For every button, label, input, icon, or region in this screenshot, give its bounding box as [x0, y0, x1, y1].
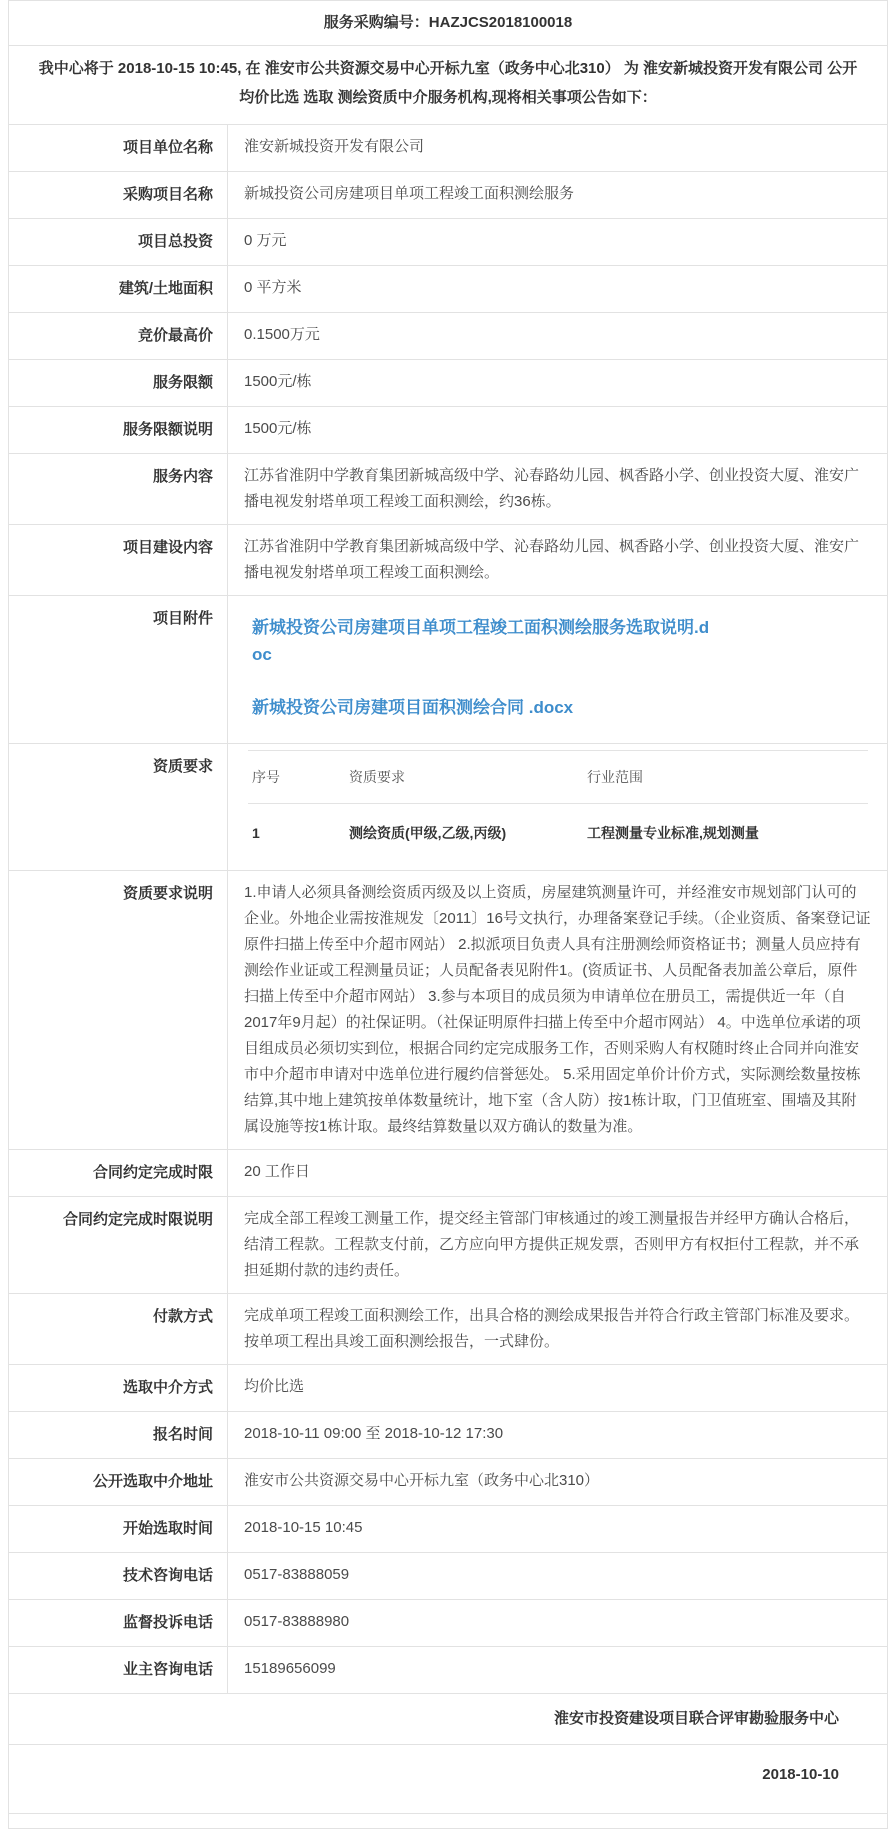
footer-org-row: 淮安市投资建设项目联合评审勘验服务中心 [9, 1694, 888, 1745]
field-row-selection-method: 选取中介方式 均价比选 [9, 1365, 888, 1412]
field-label: 采购项目名称 [9, 172, 228, 219]
field-label: 业主咨询电话 [9, 1647, 228, 1694]
attachment-docx-link[interactable]: 新城投资公司房建项目面积测绘合同 .docx [252, 694, 714, 721]
field-value: 1.申请人必须具备测绘资质丙级及以上资质，房屋建筑测量许可，并经淮安市规划部门认… [228, 871, 888, 1150]
tail-spacer [9, 1814, 888, 1829]
field-label: 合同约定完成时限说明 [9, 1197, 228, 1294]
field-value: 江苏省淮阴中学教育集团新城高级中学、沁春路幼儿园、枫香路小学、创业投资大厦、淮安… [228, 525, 888, 596]
qual-header-no: 序号 [248, 751, 345, 804]
field-row-construction-content: 项目建设内容 江苏省淮阴中学教育集团新城高级中学、沁春路幼儿园、枫香路小学、创业… [9, 525, 888, 596]
notice-page: 服务采购编号：HAZJCS2018100018 我中心将于 2018-10-15… [0, 0, 896, 1829]
field-value: 均价比选 [228, 1365, 888, 1412]
field-value: 20 工作日 [228, 1150, 888, 1197]
field-row-area: 建筑/土地面积 0 平方米 [9, 266, 888, 313]
field-label: 监督投诉电话 [9, 1600, 228, 1647]
qual-cell-scope: 工程测量专业标准,规划测量 [583, 804, 868, 853]
field-row-max-price: 竞价最高价 0.1500万元 [9, 313, 888, 360]
field-value: 0 平方米 [228, 266, 888, 313]
field-value: 1500元/栋 [228, 360, 888, 407]
field-value: 2018-10-15 10:45 [228, 1506, 888, 1553]
field-value: 15189656099 [228, 1647, 888, 1694]
field-value: 0.1500万元 [228, 313, 888, 360]
qual-header-scope: 行业范围 [583, 751, 868, 804]
field-row-selection-start-time: 开始选取时间 2018-10-15 10:45 [9, 1506, 888, 1553]
qual-header-req: 资质要求 [345, 751, 583, 804]
footer-date-row: 2018-10-10 [9, 1745, 888, 1814]
field-value: 1500元/栋 [228, 407, 888, 454]
intro-row: 我中心将于 2018-10-15 10:45, 在 淮安市公共资源交易中心开标九… [9, 46, 888, 125]
field-row-tech-phone: 技术咨询电话 0517-83888059 [9, 1553, 888, 1600]
purchase-code-title: 服务采购编号：HAZJCS2018100018 [9, 1, 888, 46]
field-value: 2018-10-11 09:00 至 2018-10-12 17:30 [228, 1412, 888, 1459]
field-row-total-investment: 项目总投资 0 万元 [9, 219, 888, 266]
footer-date: 2018-10-10 [9, 1745, 888, 1814]
footer-organization: 淮安市投资建设项目联合评审勘验服务中心 [9, 1694, 888, 1745]
field-row-selection-address: 公开选取中介地址 淮安市公共资源交易中心开标九室（政务中心北310） [9, 1459, 888, 1506]
field-row-service-limit: 服务限额 1500元/栋 [9, 360, 888, 407]
field-label: 服务限额说明 [9, 407, 228, 454]
field-value: 0517-83888980 [228, 1600, 888, 1647]
code-row: 服务采购编号：HAZJCS2018100018 [9, 1, 888, 46]
field-value: 淮安市公共资源交易中心开标九室（政务中心北310） [228, 1459, 888, 1506]
field-label: 竞价最高价 [9, 313, 228, 360]
field-label: 项目单位名称 [9, 125, 228, 172]
field-label: 服务内容 [9, 454, 228, 525]
field-value: 完成全部工程竣工测量工作，提交经主管部门审核通过的竣工测量报告并经甲方确认合格后… [228, 1197, 888, 1294]
field-label: 资质要求 [9, 744, 228, 871]
field-row-registration-time: 报名时间 2018-10-11 09:00 至 2018-10-12 17:30 [9, 1412, 888, 1459]
qualification-header-row: 序号 资质要求 行业范围 [248, 751, 868, 804]
field-label: 项目附件 [9, 596, 228, 744]
field-label: 选取中介方式 [9, 1365, 228, 1412]
field-label: 项目建设内容 [9, 525, 228, 596]
notice-intro-text: 我中心将于 2018-10-15 10:45, 在 淮安市公共资源交易中心开标九… [9, 46, 888, 125]
field-label: 服务限额 [9, 360, 228, 407]
tail-row [9, 1814, 888, 1829]
field-label: 资质要求说明 [9, 871, 228, 1150]
field-label: 开始选取时间 [9, 1506, 228, 1553]
field-label: 合同约定完成时限 [9, 1150, 228, 1197]
field-row-supervision-phone: 监督投诉电话 0517-83888980 [9, 1600, 888, 1647]
qual-cell-no: 1 [248, 804, 345, 853]
qualification-row: 资质要求 序号 资质要求 行业范围 1 测绘资质(甲级,乙级,丙级) 工程测量专… [9, 744, 888, 871]
field-row-service-content: 服务内容 江苏省淮阴中学教育集团新城高级中学、沁春路幼儿园、枫香路小学、创业投资… [9, 454, 888, 525]
field-label: 技术咨询电话 [9, 1553, 228, 1600]
qualification-cell: 序号 资质要求 行业范围 1 测绘资质(甲级,乙级,丙级) 工程测量专业标准,规… [228, 744, 888, 871]
field-row-payment-method: 付款方式 完成单项工程竣工面积测绘工作，出具合格的测绘成果报告并符合行政主管部门… [9, 1294, 888, 1365]
field-value: 0 万元 [228, 219, 888, 266]
field-row-project-name: 采购项目名称 新城投资公司房建项目单项工程竣工面积测绘服务 [9, 172, 888, 219]
field-value: 0517-83888059 [228, 1553, 888, 1600]
attachment-doc-link[interactable]: 新城投资公司房建项目单项工程竣工面积测绘服务选取说明.doc [252, 614, 714, 668]
field-row-owner-phone: 业主咨询电话 15189656099 [9, 1647, 888, 1694]
field-label: 付款方式 [9, 1294, 228, 1365]
attachments-row: 项目附件 新城投资公司房建项目单项工程竣工面积测绘服务选取说明.doc 新城投资… [9, 596, 888, 744]
attachments-cell: 新城投资公司房建项目单项工程竣工面积测绘服务选取说明.doc 新城投资公司房建项… [228, 596, 888, 744]
field-value: 新城投资公司房建项目单项工程竣工面积测绘服务 [228, 172, 888, 219]
field-label: 项目总投资 [9, 219, 228, 266]
field-label: 公开选取中介地址 [9, 1459, 228, 1506]
field-row-qualification-note: 资质要求说明 1.申请人必须具备测绘资质丙级及以上资质，房屋建筑测量许可，并经淮… [9, 871, 888, 1150]
field-value: 淮安新城投资开发有限公司 [228, 125, 888, 172]
qualification-data-row: 1 测绘资质(甲级,乙级,丙级) 工程测量专业标准,规划测量 [248, 804, 868, 853]
notice-table: 服务采购编号：HAZJCS2018100018 我中心将于 2018-10-15… [8, 0, 888, 1829]
field-label: 建筑/土地面积 [9, 266, 228, 313]
field-value: 完成单项工程竣工面积测绘工作，出具合格的测绘成果报告并符合行政主管部门标准及要求… [228, 1294, 888, 1365]
field-value: 江苏省淮阴中学教育集团新城高级中学、沁春路幼儿园、枫香路小学、创业投资大厦、淮安… [228, 454, 888, 525]
field-row-deadline-note: 合同约定完成时限说明 完成全部工程竣工测量工作，提交经主管部门审核通过的竣工测量… [9, 1197, 888, 1294]
field-row-deadline: 合同约定完成时限 20 工作日 [9, 1150, 888, 1197]
qualification-table: 序号 资质要求 行业范围 1 测绘资质(甲级,乙级,丙级) 工程测量专业标准,规… [248, 750, 868, 852]
qual-cell-req: 测绘资质(甲级,乙级,丙级) [345, 804, 583, 853]
field-row-service-limit-note: 服务限额说明 1500元/栋 [9, 407, 888, 454]
field-row-project-unit: 项目单位名称 淮安新城投资开发有限公司 [9, 125, 888, 172]
field-label: 报名时间 [9, 1412, 228, 1459]
